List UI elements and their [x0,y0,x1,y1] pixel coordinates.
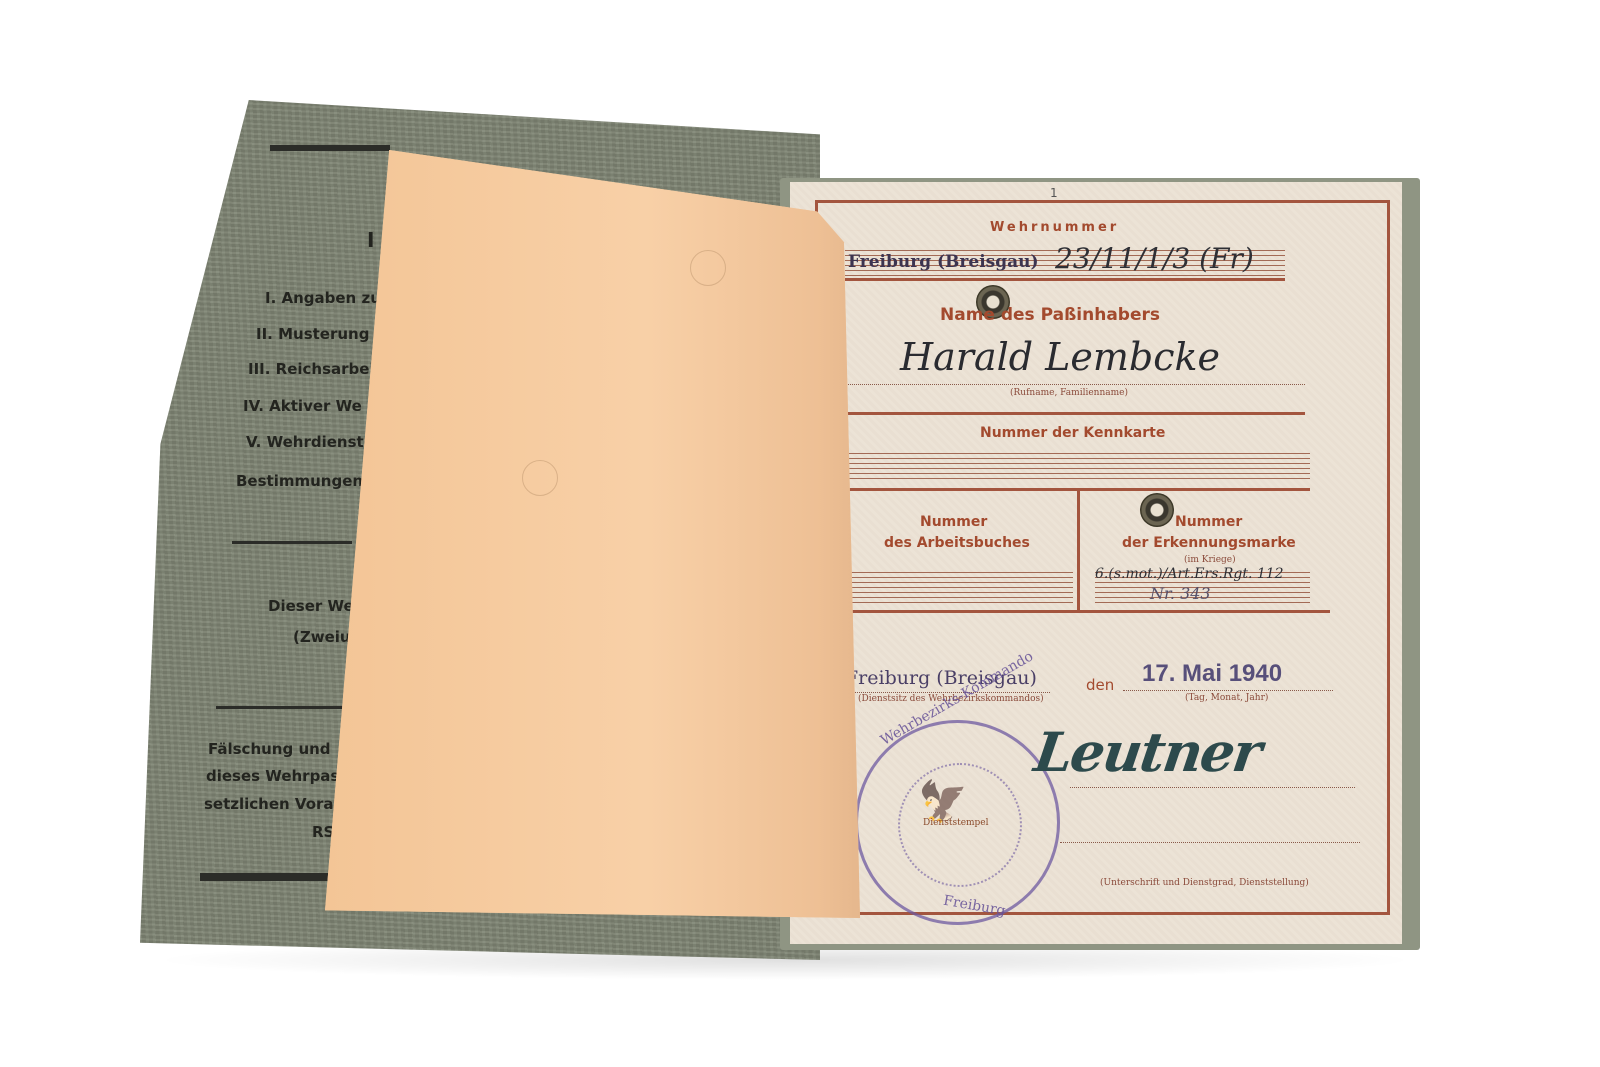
erkennungsmarke-label-1: Nummer [1175,514,1242,530]
wehrnummer-value: 23/11/1/3 (Fr) [1055,242,1254,275]
page-number: 1 [1050,186,1058,200]
arbeitsbuch-label-1: Nummer [920,514,987,530]
cover-content-6: Bestimmungen [236,472,363,490]
cover-rule-mid2 [216,706,356,709]
id-rule [845,610,1330,613]
cover-rule-mid1 [232,541,352,544]
loose-insert-page [325,150,860,918]
erkennungsmarke-label-2: der Erkennungsmarke [1122,535,1296,551]
erkennungsmarke-value-1: 6.(s.mot.)/Art.Ers.Rgt. 112 [1095,566,1284,582]
stamp-bottom-text: Freiburg [942,893,1007,920]
arbeitsbuch-label-2: des Arbeitsbuches [884,535,1030,551]
erkennungsmarke-value-2: Nr. 343 [1150,584,1211,603]
den-label: den [1086,676,1114,694]
cover-warning-2: dieses Wehrpass [206,767,348,785]
cover-warning-4: RS [312,823,334,841]
signature-line-1 [1070,787,1355,788]
kennkarte-lines [845,453,1310,483]
name-rule [845,412,1305,415]
cover-heading: I [367,228,374,252]
grommet-imprint-bottom [522,460,558,496]
issue-date-caption: (Tag, Monat, Jahr) [1185,693,1268,703]
cover-content-3: III. Reichsarbeit [248,360,382,378]
name-line [845,384,1305,385]
cover-warning-1: Fälschung und [208,740,331,758]
wehrnummer-label: Wehrnummer [990,220,1119,235]
signature-caption: (Unterschrift und Dienstgrad, Dienststel… [1100,878,1309,888]
cover-note-1: Dieser We [268,597,354,615]
cover-rule-bottom [200,873,340,881]
erkennungsmarke-caption: (im Kriege) [1184,555,1236,565]
wehrnummer-office: Freiburg (Breisgau) [848,252,1039,272]
grommet-bottom [1140,493,1174,527]
issue-date-line [1123,690,1333,691]
cover-content-5: V. Wehrdienst [246,433,364,451]
name-label: Name des Paßinhabers [940,305,1160,325]
issue-place-line [845,692,1050,693]
signature: Leutner [1031,720,1265,784]
wehrnummer-underline [845,278,1285,281]
cover-content-2: II. Musterung [256,325,369,343]
cover-note-2: (Zweiu [293,628,351,646]
stamp-center-label: Dienststempel [923,818,989,828]
cover-content-1: I. Angaben zu [265,289,381,307]
column-divider [1077,490,1080,612]
name-caption: (Rufname, Familienname) [1010,388,1128,398]
cover-rule-top [270,145,390,151]
arbeitsbuch-lines [848,572,1073,604]
signature-line-2 [1060,842,1360,843]
cover-warning-3: setzlichen Vorau [204,795,344,813]
official-stamp: Wehrbezirks-Kommando Freiburg 🦅 Dienstst… [855,720,1060,925]
kennkarte-label: Nummer der Kennkarte [980,425,1165,441]
issue-date: 17. Mai 1940 [1142,660,1282,688]
grommet-imprint-top [690,250,726,286]
cover-content-4: IV. Aktiver We [243,397,362,415]
name-value: Harald Lembcke [900,335,1220,379]
